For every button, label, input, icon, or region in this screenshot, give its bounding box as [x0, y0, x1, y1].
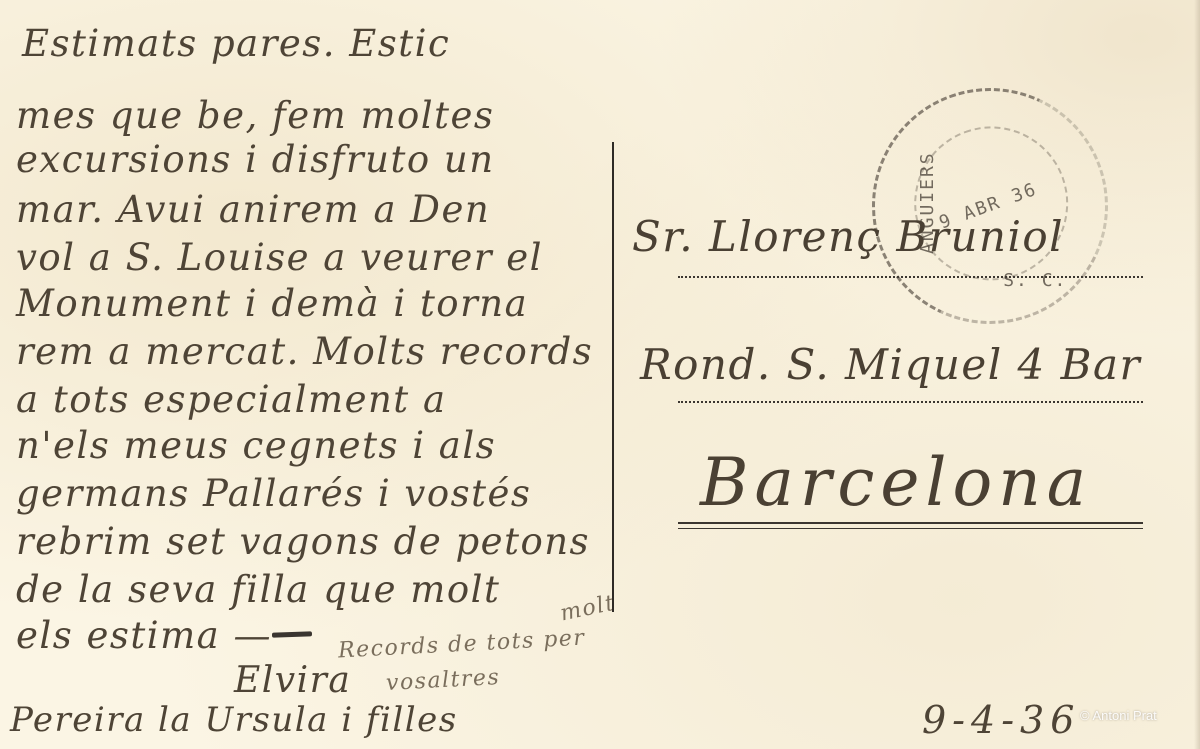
message-line: n'els meus cegnets i als — [16, 424, 496, 467]
postscript-line: vosaltres — [385, 665, 500, 696]
ink-dash — [272, 631, 312, 637]
message-line: rebrim set vagons de petons — [16, 520, 590, 563]
message-line: mar. Avui anirem a Den — [16, 188, 490, 231]
postscript-margin-word: molt — [558, 590, 618, 626]
address-line-1 — [678, 276, 1143, 278]
copyright-watermark: © Antoni Prat — [1080, 708, 1157, 723]
message-line: vol a S. Louise a veurer el — [16, 236, 543, 279]
message-line: germans Pallarés i vostés — [16, 472, 531, 515]
address-line-3b — [678, 528, 1143, 529]
message-line: Estimats pares. Estic — [22, 22, 450, 65]
address-city: Barcelona — [700, 444, 1092, 521]
message-line: els estima — — [16, 614, 272, 657]
address-line-2 — [678, 401, 1143, 403]
message-line: excursions i disfruto un — [16, 138, 495, 181]
message-line: Monument i demà i torna — [16, 282, 528, 325]
postmark: ANGUIERS 9 ABR 36 S. C. — [839, 55, 1141, 357]
message-line: mes que be, fem moltes — [16, 94, 494, 137]
address-recipient: Sr. Llorenç Bruniol — [632, 212, 1064, 261]
signature: Elvira — [234, 660, 351, 701]
message-line: a tots especialment a — [16, 378, 447, 421]
postmark-bottom-text: S. C. — [1003, 270, 1067, 291]
message-address-divider — [612, 142, 614, 612]
message-line: rem a mercat. Molts records — [16, 330, 593, 373]
postcard-back: Estimats pares. Estic mes que be, fem mo… — [0, 0, 1200, 749]
postscript-line: Records de tots per — [338, 626, 586, 664]
address-line-3 — [678, 522, 1143, 524]
address-street: Rond. S. Miquel 4 Bar — [640, 340, 1141, 389]
paper-edge — [1194, 0, 1200, 749]
message-line: de la seva filla que molt — [16, 568, 500, 611]
handwritten-date: 9-4-36 — [922, 698, 1080, 742]
bottom-line: Pereira la Ursula i filles — [10, 700, 458, 740]
